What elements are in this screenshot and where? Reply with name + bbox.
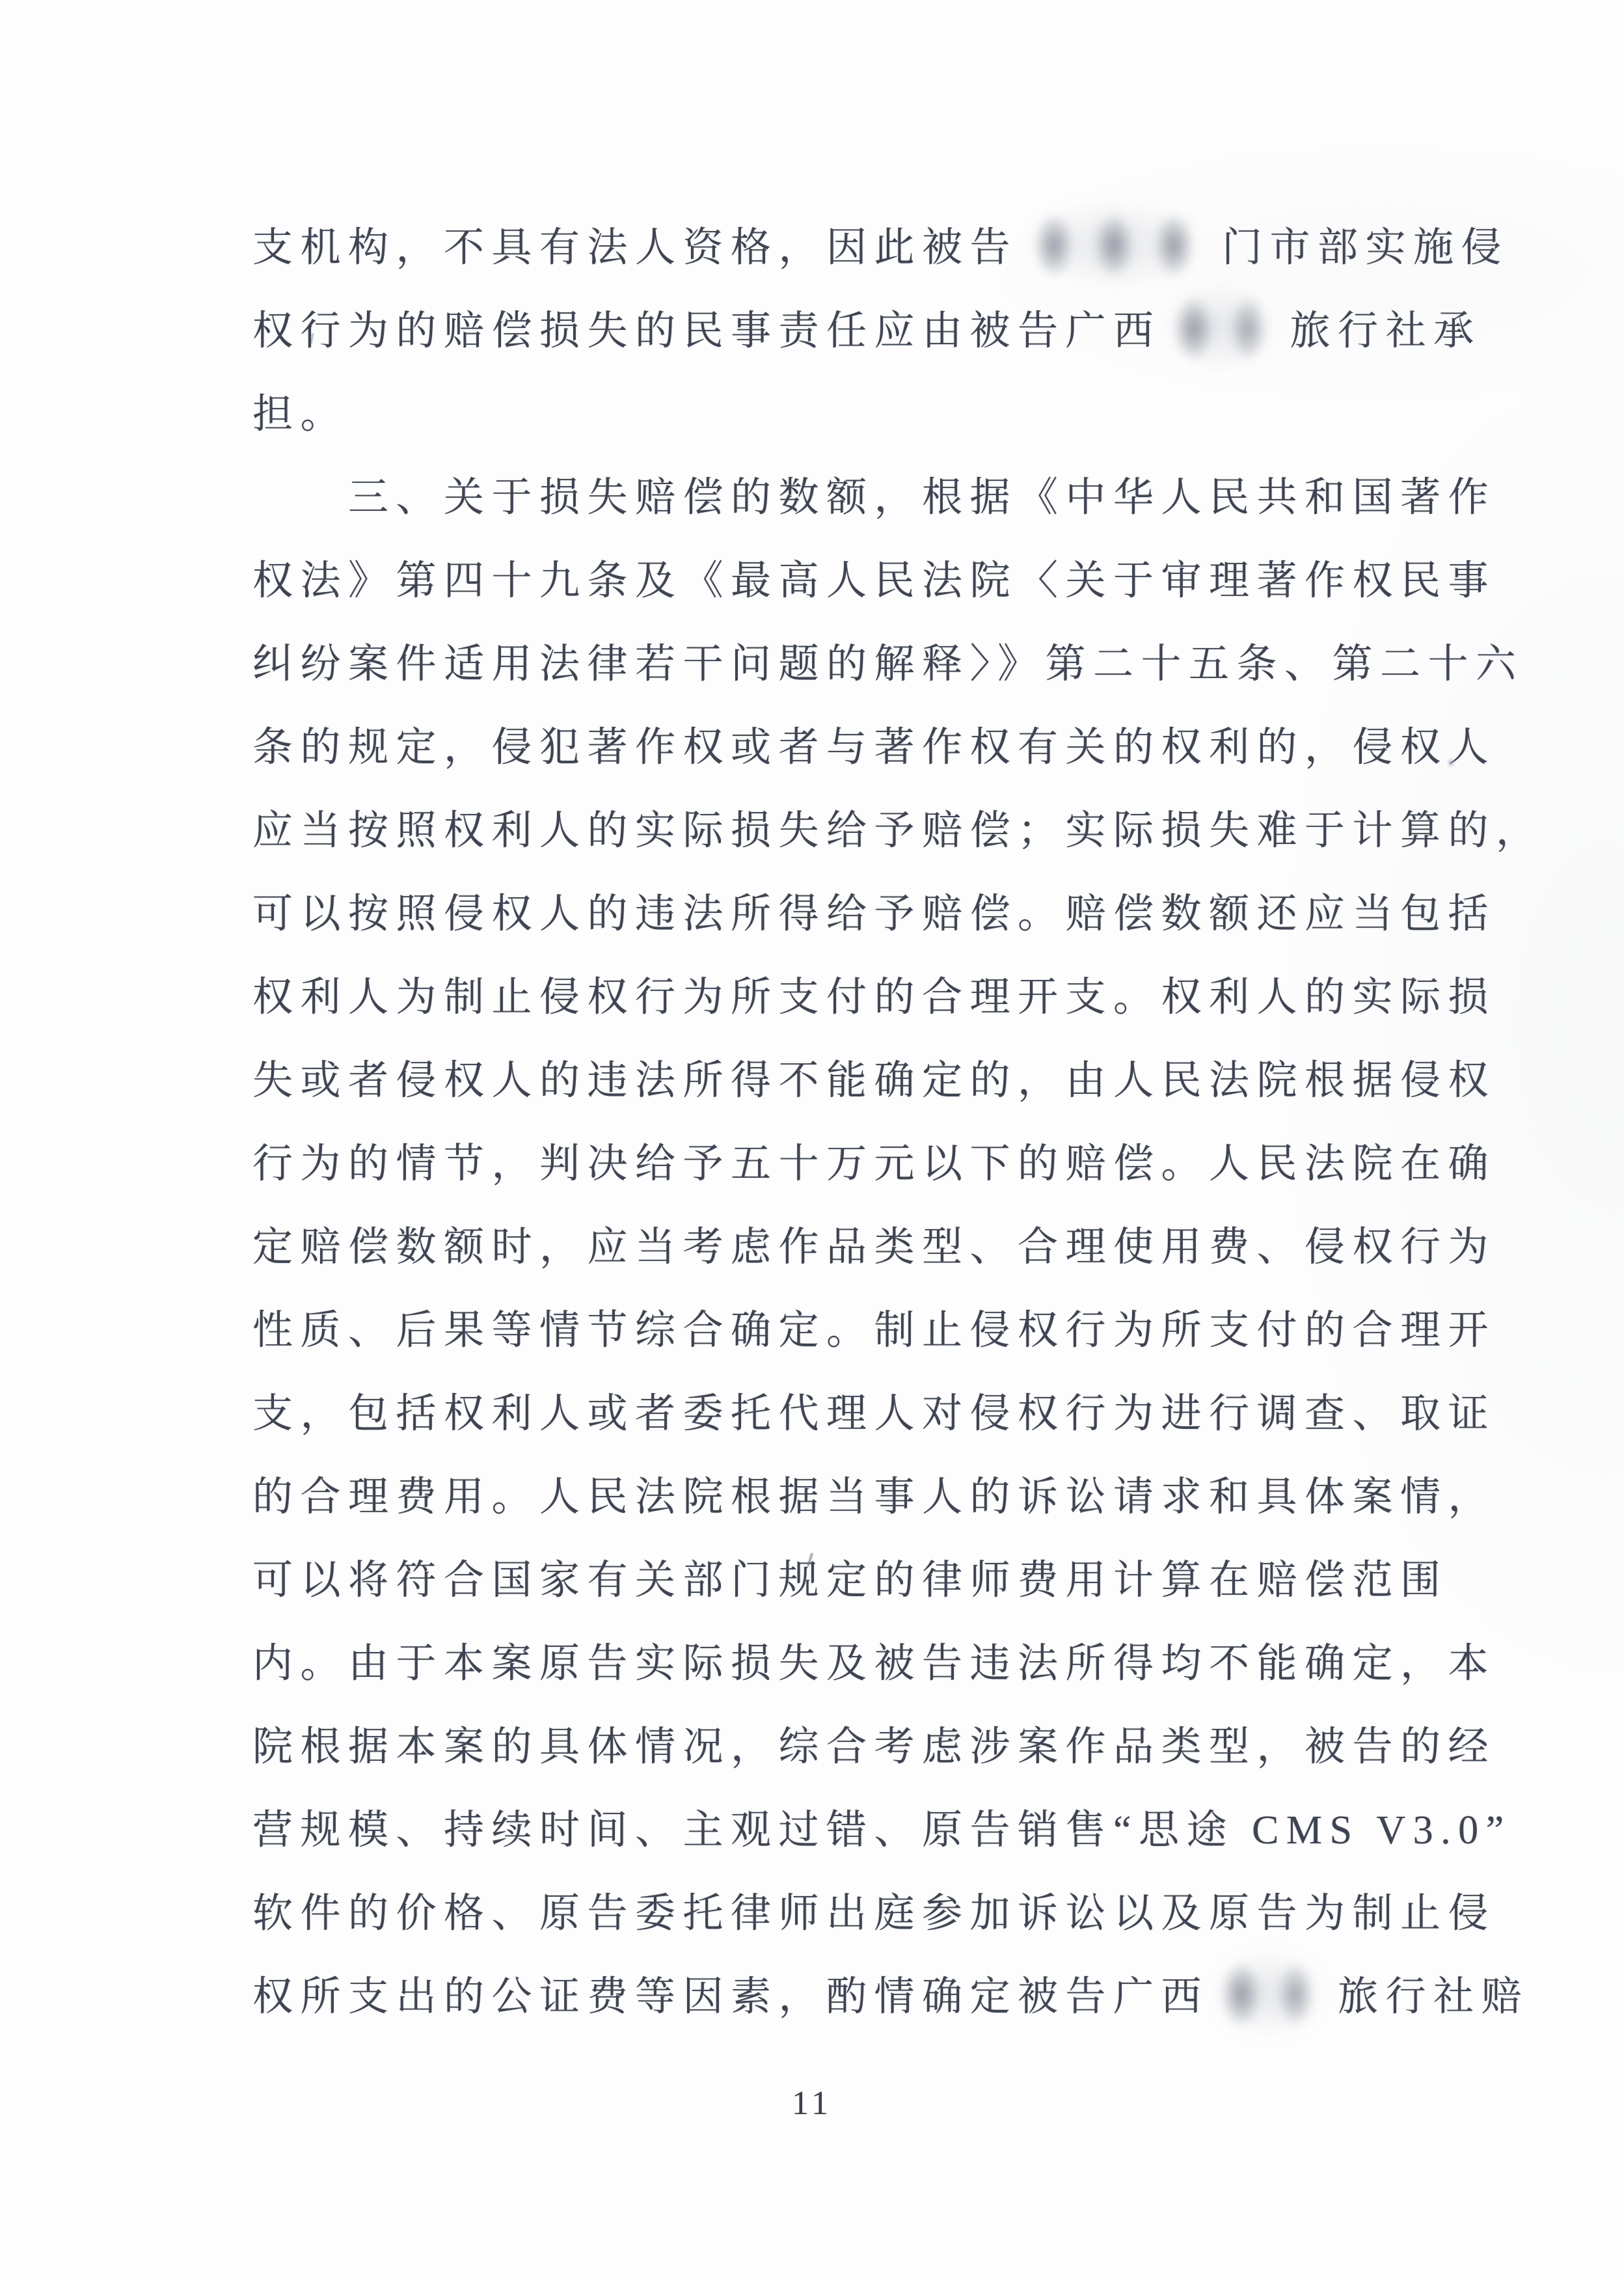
text-line: 权行为的赔偿损失的民事责任应由被告广西旅行社承 xyxy=(252,290,1407,373)
redaction-blob xyxy=(1271,1953,1319,2036)
judgment-text-block: 支机构，不具有法人资格，因此被告门市部实施侵 权行为的赔偿损失的民事责任应由被告… xyxy=(252,206,1407,2039)
text-line: 行为的情节，判决给予五十万元以下的赔偿。人民法院在确 xyxy=(252,1122,1407,1206)
text-line: 性质、后果等情节综合确定。制止侵权行为所支付的合理开 xyxy=(252,1289,1407,1372)
text-line: 营规模、持续时间、主观过错、原告销售“思途 CMS V3.0” xyxy=(252,1789,1407,1872)
document-page: 支机构，不具有法人资格，因此被告门市部实施侵 权行为的赔偿损失的民事责任应由被告… xyxy=(0,0,1624,2280)
text-segment: 旅行社赔 xyxy=(1338,1975,1529,2019)
text-segment: 门市部实施侵 xyxy=(1222,226,1509,270)
text-line: 应当按照权利人的实际损失给予赔偿；实际损失难于计算的， xyxy=(252,789,1407,873)
redaction-blob xyxy=(1028,204,1080,287)
text-line: 的合理费用。人民法院根据当事人的诉讼请求和具体案情， xyxy=(252,1456,1407,1539)
text-segment: 旅行社承 xyxy=(1290,309,1482,353)
text-line: 支，包括权利人或者委托代理人对侵权行为进行调查、取证 xyxy=(252,1372,1407,1456)
text-line: 三、关于损失赔偿的数额，根据《中华人民共和国著作 xyxy=(252,456,1407,539)
redaction-blur xyxy=(1023,213,1200,280)
redaction-blur xyxy=(1214,1962,1318,2029)
text-line: 权法》第四十九条及《最高人民法院〈关于审理著作权民事 xyxy=(252,539,1407,623)
text-line: 可以按照侵权人的违法所得给予赔偿。赔偿数额还应当包括 xyxy=(252,873,1407,956)
text-line: 条的规定，侵犯著作权或者与著作权有关的权利的，侵权人 xyxy=(252,706,1407,789)
text-line: 权利人为制止侵权行为所支付的合理开支。权利人的实际损 xyxy=(252,956,1407,1039)
text-line: 权所支出的公证费等因素，酌情确定被告广西旅行社赔 xyxy=(252,1955,1407,2039)
text-segment: 权所支出的公证费等因素，酌情确定被告广西 xyxy=(252,1975,1209,2019)
text-line: 可以将符合国家有关部门规定的律师费用计算在赔偿范围 xyxy=(252,1539,1407,1622)
redaction-blob xyxy=(1168,287,1220,370)
text-segment: 支机构，不具有法人资格，因此被告 xyxy=(252,226,1018,270)
text-line: 担。 xyxy=(252,373,1407,456)
text-line: 纠纷案件适用法律若干问题的解释〉》第二十五条、第二十六 xyxy=(252,623,1407,706)
redaction-blur xyxy=(1167,296,1271,364)
page-number: 11 xyxy=(0,2081,1624,2126)
text-segment: 权行为的赔偿损失的民事责任应由被告广西 xyxy=(252,309,1161,353)
redaction-blob xyxy=(1215,1953,1267,2036)
text-line: 失或者侵权人的违法所得不能确定的，由人民法院根据侵权 xyxy=(252,1039,1407,1122)
text-line: 内。由于本案原告实际损失及被告违法所得均不能确定，本 xyxy=(252,1622,1407,1705)
text-line: 院根据本案的具体情况，综合考虑涉案作品类型，被告的经 xyxy=(252,1705,1407,1789)
text-line: 定赔偿数额时，应当考虑作品类型、合理使用费、侵权行为 xyxy=(252,1206,1407,1289)
redaction-blob xyxy=(1224,287,1272,370)
redaction-blob xyxy=(1088,204,1140,287)
